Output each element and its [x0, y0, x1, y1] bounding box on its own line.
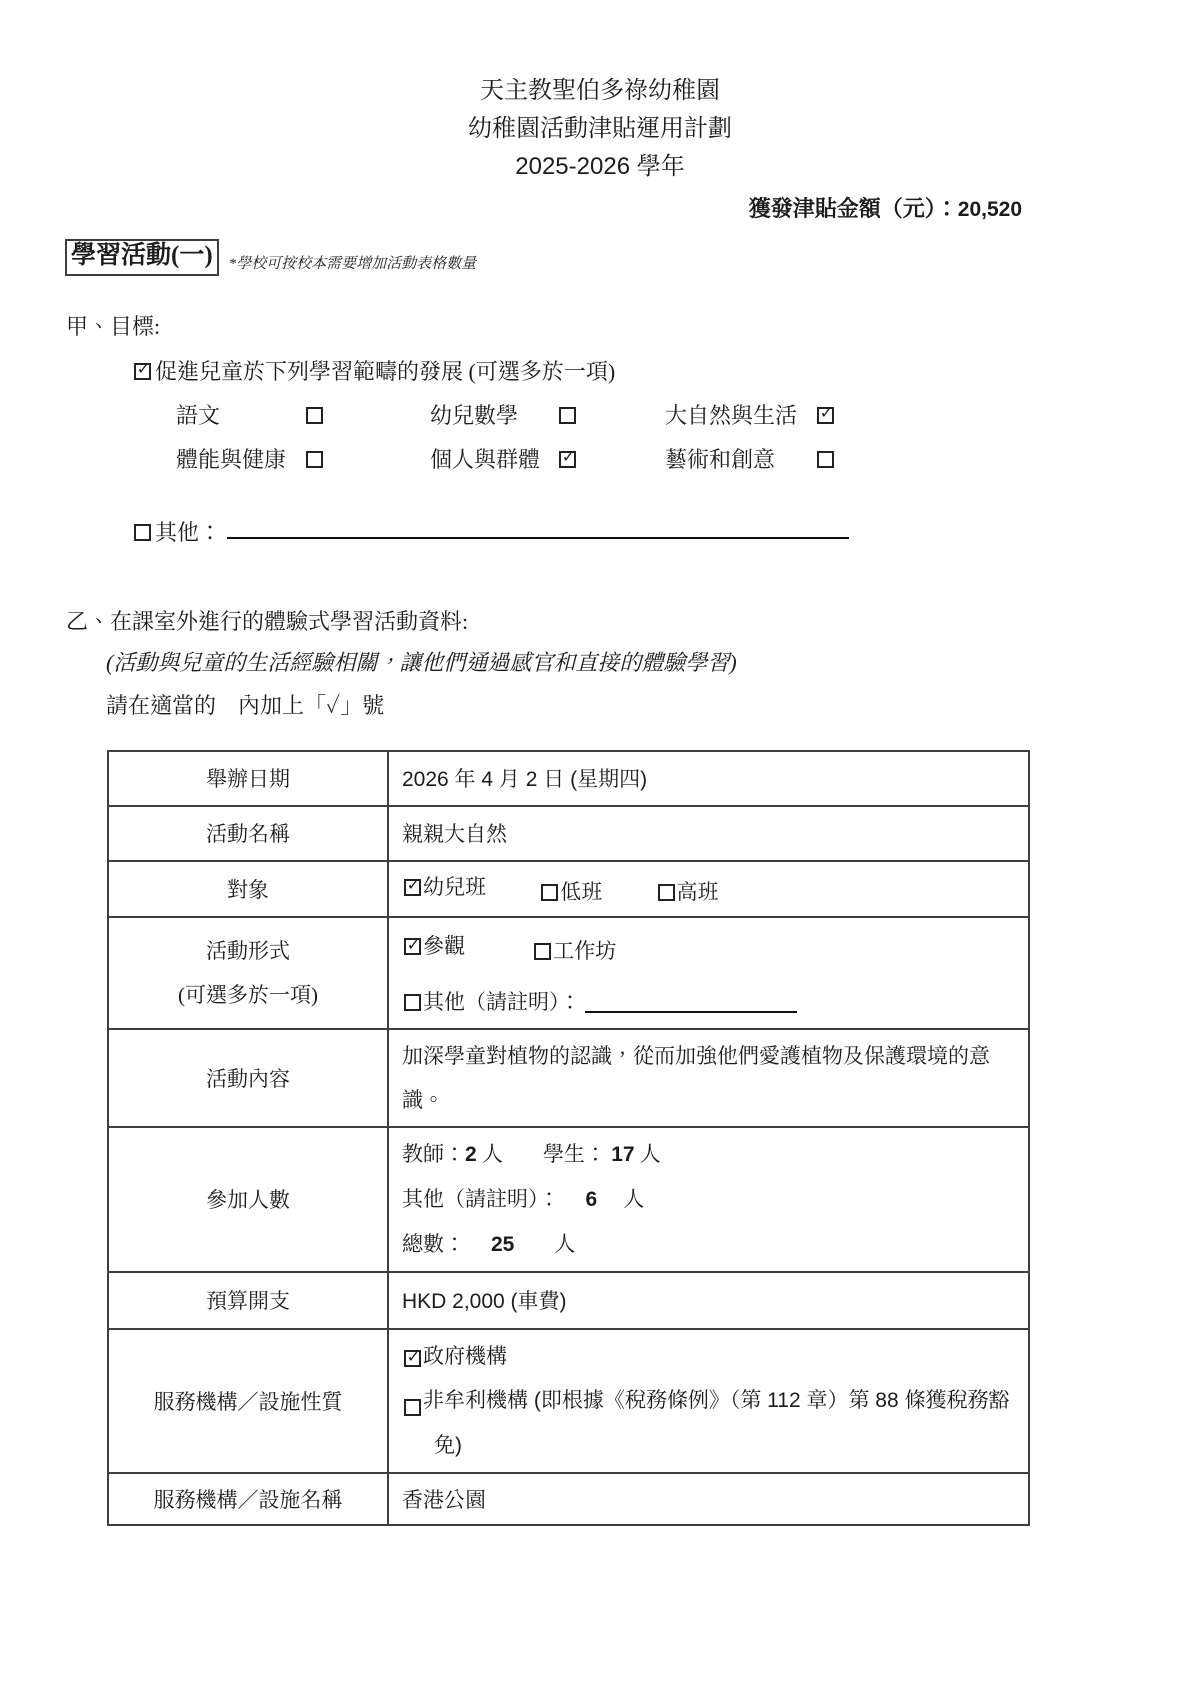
participants-line-3: 總數：25人: [402, 1222, 1022, 1267]
section-b-instruction: 請在適當的 內加上「✓」號: [106, 689, 1200, 720]
plan-title: 幼稚園活動津貼運用計劃: [0, 110, 1200, 148]
org-name-value: 香港公園: [388, 1473, 1029, 1525]
activity-name-label: 活動名稱: [108, 806, 388, 861]
domain-math: 幼兒數學: [430, 399, 665, 430]
subsidy-amount: 20,520: [958, 198, 1022, 221]
section-a-heading: 甲、目標:: [66, 310, 1200, 341]
participants-line-1: 教師：2 人學生： 17 人: [402, 1132, 1022, 1177]
org-name-label: 服務機構／設施名稱: [108, 1473, 388, 1525]
budget-value: HKD 2,000 (車費): [388, 1272, 1029, 1329]
teacher-count: 2: [465, 1143, 477, 1166]
target-value: ✓ 幼兒班 低班 高班: [388, 861, 1029, 917]
participants-label: 參加人數: [108, 1127, 388, 1272]
target-option-upper: 高班: [656, 876, 719, 906]
activity-box-title: 學習活動(一): [65, 239, 219, 276]
school-name: 天主教聖伯多祿幼稚園: [0, 72, 1200, 110]
table-row-budget: 預算開支 HKD 2,000 (車費): [108, 1272, 1029, 1329]
org-nature-label: 服務機構／設施性質: [108, 1329, 388, 1473]
participants-line-2: 其他（請註明）：6人: [402, 1177, 1022, 1222]
domain-language-checkbox[interactable]: [306, 407, 323, 424]
activity-note: *學校可按校本需要增加活動表格數量: [229, 252, 477, 276]
target-nursery-checkbox[interactable]: ✓: [404, 879, 421, 896]
format-other-checkbox[interactable]: [404, 994, 421, 1011]
total-count: 25: [491, 1233, 514, 1256]
domain-nature: 大自然與生活 ✓: [665, 399, 836, 430]
target-option-lower: 低班: [539, 876, 602, 906]
format-visit-checkbox[interactable]: ✓: [404, 938, 421, 955]
format-other-blank: [585, 997, 797, 1013]
target-option-nursery: ✓ 幼兒班: [402, 871, 486, 901]
table-row-org-name: 服務機構／設施名稱 香港公園: [108, 1473, 1029, 1525]
domain-math-checkbox[interactable]: [559, 407, 576, 424]
document-page: 天主教聖伯多祿幼稚園 幼稚園活動津貼運用計劃 2025-2026 學年 獲發津貼…: [0, 0, 1200, 1697]
title-block: 天主教聖伯多祿幼稚園 幼稚園活動津貼運用計劃 2025-2026 學年: [0, 0, 1200, 186]
table-row-name: 活動名稱 親親大自然: [108, 806, 1029, 861]
format-sublabel: (可選多於一項): [117, 973, 379, 1017]
format-other-line: 其他（請註明）：: [402, 973, 1022, 1024]
format-workshop-checkbox[interactable]: [534, 943, 551, 960]
org-nonprofit-checkbox[interactable]: [404, 1399, 421, 1416]
org-gov-checkbox[interactable]: ✓: [404, 1350, 421, 1367]
other-goal-label: 其他：: [155, 516, 221, 547]
table-row-target: 對象 ✓ 幼兒班 低班 高班: [108, 861, 1029, 917]
table-row-format: 活動形式 (可選多於一項) ✓ 參觀 工作坊: [108, 917, 1029, 1029]
content-value: 加深學童對植物的認識，從而加強他們愛護植物及保護環境的意識。: [388, 1029, 1029, 1127]
format-option-workshop: 工作坊: [532, 929, 616, 973]
participants-value: 教師：2 人學生： 17 人 其他（請註明）：6人 總數：25人: [388, 1127, 1029, 1272]
org-nature-option-nonprofit: 非牟利機構 (即根據《稅務條例》（第 112 章）第 88 條獲稅務豁免): [402, 1378, 1022, 1468]
other-count: 6: [586, 1188, 598, 1211]
target-lower-checkbox[interactable]: [541, 884, 558, 901]
domain-row-1: 語文 幼兒數學 大自然與生活 ✓: [176, 399, 1200, 430]
other-goal-line: 其他：: [132, 516, 1200, 547]
format-option-other: 其他（請註明）：: [402, 980, 797, 1024]
org-nature-value: ✓政府機構 非牟利機構 (即根據《稅務條例》（第 112 章）第 88 條獲稅務…: [388, 1329, 1029, 1473]
format-label-cell: 活動形式 (可選多於一項): [108, 917, 388, 1029]
budget-label: 預算開支: [108, 1272, 388, 1329]
domain-nature-checkbox[interactable]: ✓: [817, 407, 834, 424]
section-b-heading: 乙、在課室外進行的體驗式學習活動資料:: [66, 605, 1200, 636]
domain-physical-checkbox[interactable]: [306, 451, 323, 468]
table-row-participants: 參加人數 教師：2 人學生： 17 人 其他（請註明）：6人 總數：25人: [108, 1127, 1029, 1272]
goal-text: 促進兒童於下列學習範疇的發展 (可選多於一項): [155, 355, 615, 386]
other-goal-blank: [227, 523, 849, 539]
format-option-visit: ✓ 參觀: [402, 924, 465, 968]
target-label: 對象: [108, 861, 388, 917]
target-upper-checkbox[interactable]: [658, 884, 675, 901]
table-row-date: 舉辦日期 2026 年 4 月 2 日 (星期四): [108, 751, 1029, 806]
content-label: 活動內容: [108, 1029, 388, 1127]
section-b-note: (活動與兒童的生活經驗相關，讓他們通過感官和直接的體驗學習): [106, 646, 1200, 677]
domain-personal-checkbox[interactable]: ✓: [559, 451, 576, 468]
domain-physical: 體能與健康: [176, 443, 430, 474]
subsidy-label: 獲發津貼金額（元）：: [749, 196, 958, 221]
table-row-org-nature: 服務機構／設施性質 ✓政府機構 非牟利機構 (即根據《稅務條例》（第 112 章…: [108, 1329, 1029, 1473]
domain-row-2: 體能與健康 個人與群體 ✓ 藝術和創意: [176, 443, 1200, 474]
goal-checkbox[interactable]: ✓: [134, 363, 151, 380]
domain-language: 語文: [176, 399, 430, 430]
activity-header: 學習活動(一) *學校可按校本需要增加活動表格數量: [65, 239, 1200, 276]
subsidy-line: 獲發津貼金額（元）：20,520: [0, 192, 1022, 223]
domain-art: 藝術和創意: [665, 443, 836, 474]
format-label: 活動形式: [117, 929, 379, 973]
activity-table: 舉辦日期 2026 年 4 月 2 日 (星期四) 活動名稱 親親大自然 對象 …: [107, 750, 1030, 1526]
format-value: ✓ 參觀 工作坊 其他（請註明）：: [388, 917, 1029, 1029]
org-nature-option-gov: ✓政府機構: [402, 1334, 1022, 1378]
goal-line: ✓ 促進兒童於下列學習範疇的發展 (可選多於一項): [132, 355, 1200, 386]
student-count: 17: [611, 1143, 634, 1166]
other-goal-checkbox[interactable]: [134, 524, 151, 541]
activity-name-value: 親親大自然: [388, 806, 1029, 861]
domain-personal: 個人與群體 ✓: [430, 443, 665, 474]
date-value: 2026 年 4 月 2 日 (星期四): [388, 751, 1029, 806]
domain-art-checkbox[interactable]: [817, 451, 834, 468]
date-label: 舉辦日期: [108, 751, 388, 806]
table-row-content: 活動內容 加深學童對植物的認識，從而加強他們愛護植物及保護環境的意識。: [108, 1029, 1029, 1127]
school-year: 2025-2026 學年: [0, 148, 1200, 186]
